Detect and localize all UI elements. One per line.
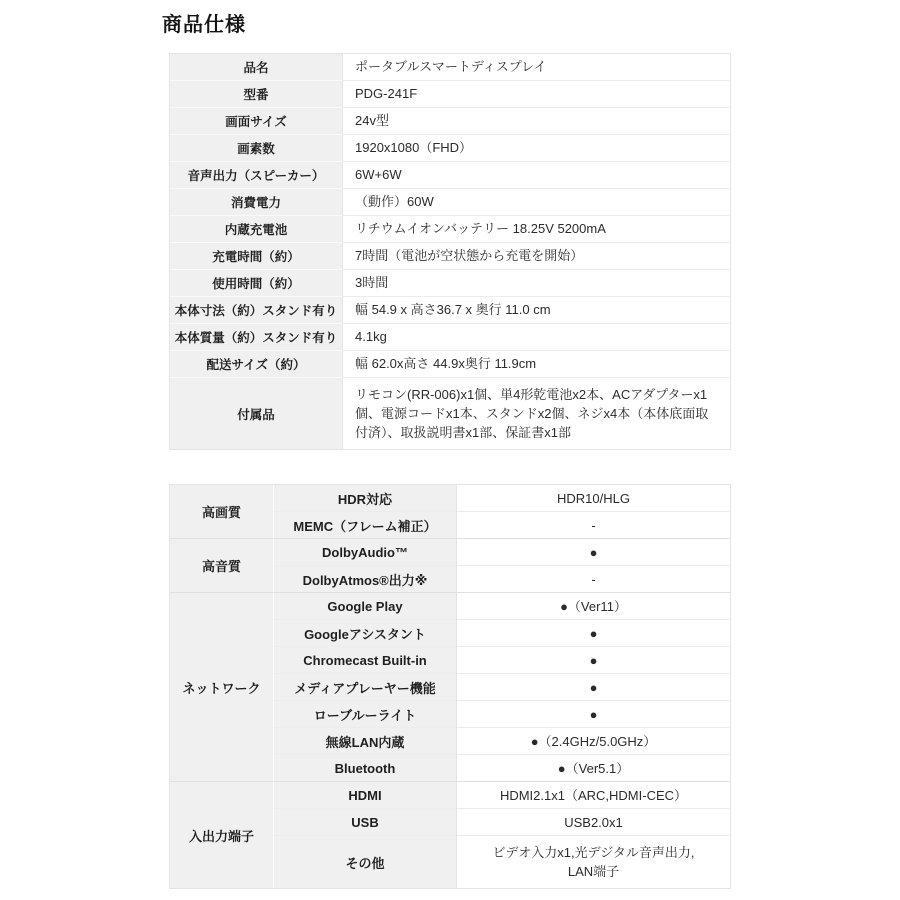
spec-row: 付属品 リモコン(RR-006)x1個、単4形乾電池x2本、ACアダプターx1個… xyxy=(170,378,730,449)
spec-value: 6W+6W xyxy=(343,162,730,189)
spec-value: 幅 62.0x高さ 44.9x奥行 11.9cm xyxy=(343,351,730,378)
tables-container: 品名 ポータブルスマートディスプレイ 型番 PDG-241F 画面サイズ 24v… xyxy=(169,53,731,889)
feature-label: DolbyAtmos®出力※ xyxy=(274,566,457,593)
spec-value: リモコン(RR-006)x1個、単4形乾電池x2本、ACアダプターx1個、電源コ… xyxy=(343,378,730,449)
page-title: 商品仕様 xyxy=(162,8,246,37)
feature-value: ● xyxy=(457,674,730,701)
spec-value: PDG-241F xyxy=(343,81,730,108)
spec-label: 内蔵充電池 xyxy=(170,216,343,243)
feature-label: その他 xyxy=(274,836,457,888)
spec-label: 本体寸法（約）スタンド有り xyxy=(170,297,343,324)
feature-row: 高画質 HDR対応 HDR10/HLG xyxy=(170,485,730,512)
feature-value: ● xyxy=(457,539,730,566)
feature-label: Bluetooth xyxy=(274,755,457,782)
feature-label: Chromecast Built-in xyxy=(274,647,457,674)
spec-label: 消費電力 xyxy=(170,189,343,216)
feature-value: ● xyxy=(457,701,730,728)
feature-value: ●（2.4GHz/5.0GHz） xyxy=(457,728,730,755)
feature-label: DolbyAudio™ xyxy=(274,539,457,566)
spec-value: 7時間（電池が空状態から充電を開始） xyxy=(343,243,730,270)
feature-value: ●（Ver11） xyxy=(457,593,730,620)
feature-row: 高音質 DolbyAudio™ ● xyxy=(170,539,730,566)
spec-value: （動作）60W xyxy=(343,189,730,216)
spec-row: 音声出力（スピーカー） 6W+6W xyxy=(170,162,730,189)
feature-label: USB xyxy=(274,809,457,836)
spec-row: 内蔵充電池 リチウムイオンバッテリー 18.25V 5200mA xyxy=(170,216,730,243)
feature-group-label: 高画質 xyxy=(170,485,274,539)
spec-label: 使用時間（約） xyxy=(170,270,343,297)
spec-label: 品名 xyxy=(170,54,343,81)
feature-label: MEMC（フレーム補正） xyxy=(274,512,457,539)
spec-label: 型番 xyxy=(170,81,343,108)
spec-value: 3時間 xyxy=(343,270,730,297)
feature-row: 入出力端子 HDMI HDMI2.1x1（ARC,HDMI-CEC） xyxy=(170,782,730,809)
spec-label: 音声出力（スピーカー） xyxy=(170,162,343,189)
spec-row: 画面サイズ 24v型 xyxy=(170,108,730,135)
feature-label: 無線LAN内蔵 xyxy=(274,728,457,755)
spec-value: 24v型 xyxy=(343,108,730,135)
feature-label: ローブルーライト xyxy=(274,701,457,728)
spec-row: 本体質量（約）スタンド有り 4.1kg xyxy=(170,324,730,351)
feature-value: - xyxy=(457,566,730,593)
spec-value: ポータブルスマートディスプレイ xyxy=(343,54,730,81)
spec-row: 画素数 1920x1080（FHD） xyxy=(170,135,730,162)
spec-label: 本体質量（約）スタンド有り xyxy=(170,324,343,351)
feature-value: - xyxy=(457,512,730,539)
feature-table: 高画質 HDR対応 HDR10/HLG MEMC（フレーム補正） - 高音質 D… xyxy=(169,484,731,889)
feature-label: HDMI xyxy=(274,782,457,809)
spec-label: 配送サイズ（約） xyxy=(170,351,343,378)
feature-value: ビデオ入力x1,光デジタル音声出力, LAN端子 xyxy=(457,836,730,888)
feature-value: ● xyxy=(457,647,730,674)
feature-label: Google Play xyxy=(274,593,457,620)
spec-row: 使用時間（約） 3時間 xyxy=(170,270,730,297)
spec-label: 充電時間（約） xyxy=(170,243,343,270)
feature-value: HDR10/HLG xyxy=(457,485,730,512)
feature-value: HDMI2.1x1（ARC,HDMI-CEC） xyxy=(457,782,730,809)
feature-value: ● xyxy=(457,620,730,647)
spec-row: 消費電力 （動作）60W xyxy=(170,189,730,216)
spec-label: 付属品 xyxy=(170,378,343,449)
spec-value: 4.1kg xyxy=(343,324,730,351)
feature-label: HDR対応 xyxy=(274,485,457,512)
spec-table: 品名 ポータブルスマートディスプレイ 型番 PDG-241F 画面サイズ 24v… xyxy=(169,53,731,450)
spec-row: 品名 ポータブルスマートディスプレイ xyxy=(170,54,730,81)
spec-value: 幅 54.9 x 高さ36.7 x 奥行 11.0 cm xyxy=(343,297,730,324)
spec-label: 画面サイズ xyxy=(170,108,343,135)
product-spec-page: 商品仕様 品名 ポータブルスマートディスプレイ 型番 PDG-241F 画面サイ… xyxy=(0,0,900,900)
spec-row: 型番 PDG-241F xyxy=(170,81,730,108)
spec-label: 画素数 xyxy=(170,135,343,162)
spec-row: 配送サイズ（約） 幅 62.0x高さ 44.9x奥行 11.9cm xyxy=(170,351,730,378)
spec-row: 充電時間（約） 7時間（電池が空状態から充電を開始） xyxy=(170,243,730,270)
feature-row: ネットワーク Google Play ●（Ver11） xyxy=(170,593,730,620)
spec-value: 1920x1080（FHD） xyxy=(343,135,730,162)
feature-value: ●（Ver5.1） xyxy=(457,755,730,782)
feature-label: Googleアシスタント xyxy=(274,620,457,647)
feature-label: メディアプレーヤー機能 xyxy=(274,674,457,701)
feature-group-label: 高音質 xyxy=(170,539,274,593)
spec-value: リチウムイオンバッテリー 18.25V 5200mA xyxy=(343,216,730,243)
feature-group-label: ネットワーク xyxy=(170,593,274,782)
feature-group-label: 入出力端子 xyxy=(170,782,274,888)
spec-row: 本体寸法（約）スタンド有り 幅 54.9 x 高さ36.7 x 奥行 11.0 … xyxy=(170,297,730,324)
feature-value: USB2.0x1 xyxy=(457,809,730,836)
